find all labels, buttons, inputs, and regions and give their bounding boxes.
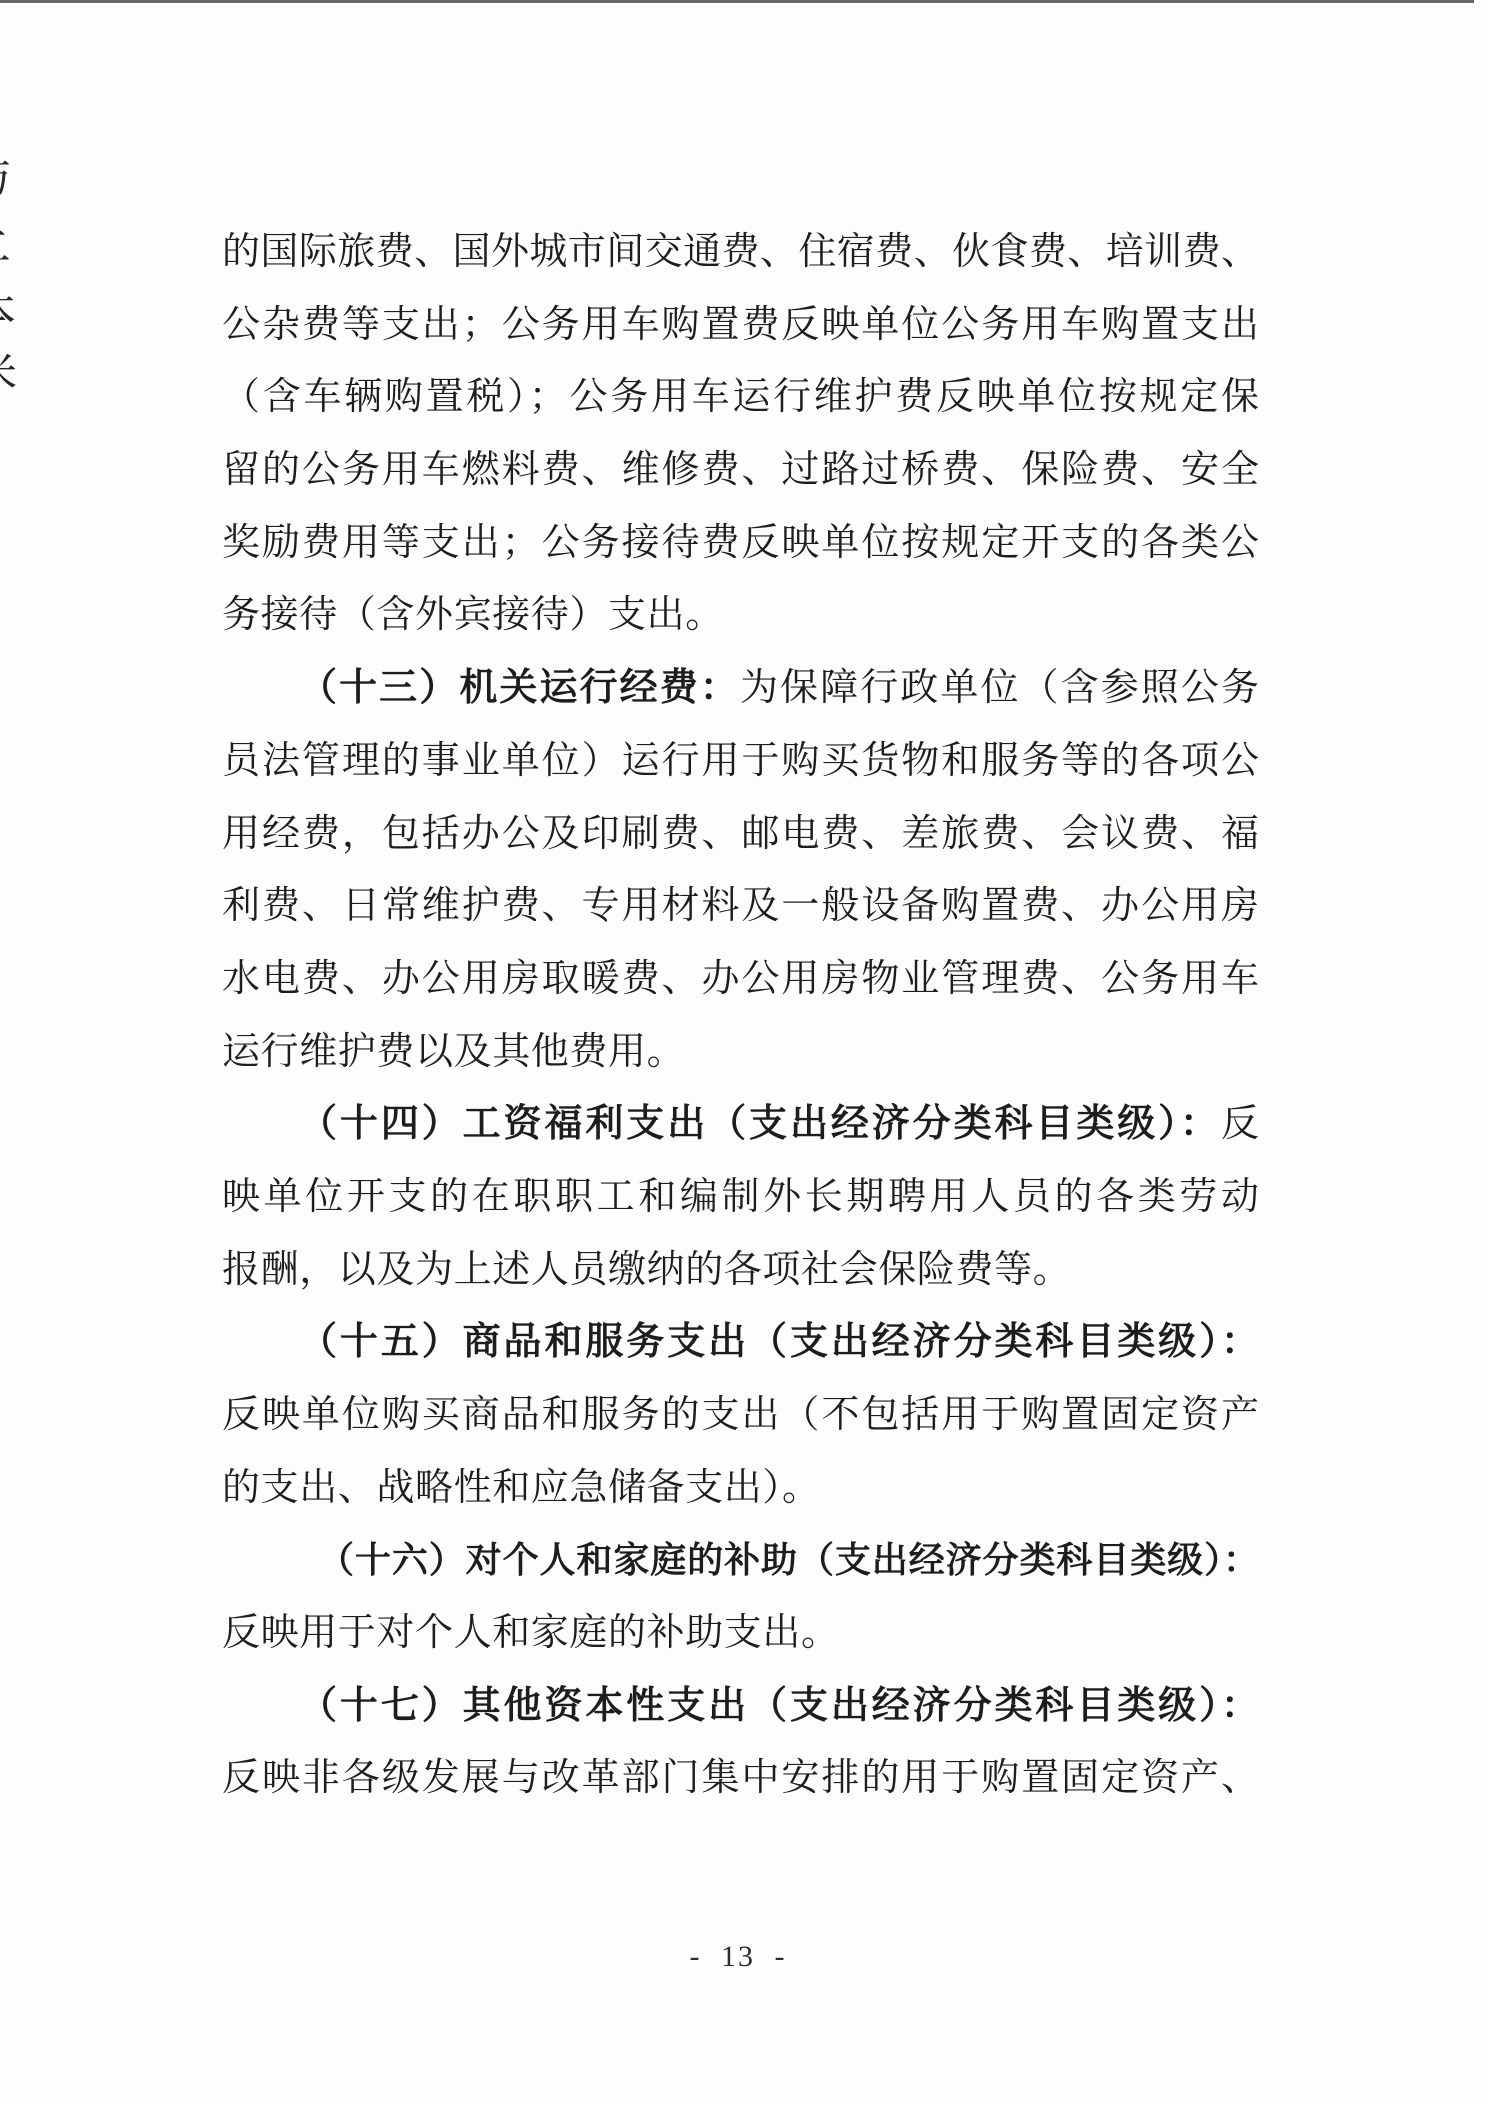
line-text: 为保障行政单位（含参照公务 — [740, 667, 1259, 709]
left-edge-partial-character-1: 与 — [0, 156, 12, 200]
line-text: 用经费，包括办公及印刷费、邮电费、差旅费、会议费、福 — [222, 813, 1259, 855]
text-line: 的国际旅费、国外城市间交通费、住宿费、伙食费、培训费、 — [222, 216, 1259, 289]
text-line: 反映单位购买商品和服务的支出（不包括用于购置固定资产 — [222, 1379, 1259, 1452]
section-heading-line-16: （十六）对个人和家庭的补助（支出经济分类科目类级）： — [222, 1524, 1259, 1597]
line-text: 运行维护费以及其他费用。 — [222, 1031, 685, 1073]
line-text: 报酬，以及为上述人员缴纳的各项社会保险费等。 — [222, 1249, 1071, 1291]
text-line: 留的公务用车燃料费、维修费、过路过桥费、保险费、安全 — [222, 434, 1259, 507]
section-heading-line-17: （十七）其他资本性支出（支出经济分类科目类级）： — [222, 1670, 1259, 1743]
line-text: 反映非各级发展与改革部门集中安排的用于购置固定资产、 — [222, 1757, 1259, 1799]
left-edge-partial-character-3: 本 — [0, 290, 16, 334]
section-heading-line-15: （十五）商品和服务支出（支出经济分类科目类级）： — [222, 1306, 1259, 1379]
text-line: 运行维护费以及其他费用。 — [222, 1016, 1259, 1089]
text-line: 员法管理的事业单位）运行用于购买货物和服务等的各项公 — [222, 725, 1259, 798]
line-text: 利费、日常维护费、专用材料及一般设备购置费、办公用房 — [222, 885, 1259, 927]
left-edge-partial-character-4: 米 — [0, 352, 17, 396]
line-text: 员法管理的事业单位）运行用于购买货物和服务等的各项公 — [222, 740, 1259, 782]
line-text: 水电费、办公用房取暖费、办公用房物业管理费、公务用车 — [222, 958, 1259, 1000]
document-page: 与 二 本 米 的国际旅费、国外城市间交通费、住宿费、伙食费、培训费、 公杂费等… — [0, 0, 1488, 2104]
document-body: 的国际旅费、国外城市间交通费、住宿费、伙食费、培训费、 公杂费等支出；公务用车购… — [222, 216, 1259, 1815]
line-text: （含车辆购置税）；公务用车运行维护费反映单位按规定保 — [222, 376, 1259, 418]
text-line: 的支出、战略性和应急储备支出）。 — [222, 1452, 1259, 1525]
section-heading-line-13: （十三）机关运行经费：为保障行政单位（含参照公务 — [222, 652, 1259, 725]
heading-text: （十五）商品和服务支出（支出经济分类科目类级）： — [299, 1321, 1259, 1363]
heading-text: （十四）工资福利支出（支出经济分类科目类级）： — [299, 1103, 1221, 1145]
line-text: 公杂费等支出；公务用车购置费反映单位公务用车购置支出 — [222, 304, 1259, 346]
line-text: 反映单位购买商品和服务的支出（不包括用于购置固定资产 — [222, 1394, 1259, 1436]
line-text: 奖励费用等支出；公务接待费反映单位按规定开支的各类公 — [222, 522, 1259, 564]
text-line: 用经费，包括办公及印刷费、邮电费、差旅费、会议费、福 — [222, 798, 1259, 871]
line-text: 的支出、战略性和应急储备支出）。 — [222, 1467, 821, 1509]
heading-text: （十六）对个人和家庭的补助（支出经济分类科目类级）： — [318, 1540, 1259, 1580]
line-text: 反映用于对个人和家庭的补助支出。 — [222, 1612, 840, 1654]
text-line: 报酬，以及为上述人员缴纳的各项社会保险费等。 — [222, 1234, 1259, 1307]
text-line: 务接待（含外宾接待）支出。 — [222, 579, 1259, 652]
text-line: （含车辆购置税）；公务用车运行维护费反映单位按规定保 — [222, 361, 1259, 434]
line-text: 的国际旅费、国外城市间交通费、住宿费、伙食费、培训费、 — [222, 231, 1259, 273]
heading-text: （十三）机关运行经费： — [299, 667, 740, 709]
text-line: 反映非各级发展与改革部门集中安排的用于购置固定资产、 — [222, 1742, 1259, 1815]
section-heading-line-14: （十四）工资福利支出（支出经济分类科目类级）：反 — [222, 1088, 1259, 1161]
page-number: - 13 - — [0, 1940, 1476, 1974]
text-line: 公杂费等支出；公务用车购置费反映单位公务用车购置支出 — [222, 289, 1259, 362]
scan-top-edge-artifact — [0, 0, 1474, 3]
line-text: 务接待（含外宾接待）支出。 — [222, 594, 724, 636]
text-line: 映单位开支的在职职工和编制外长期聘用人员的各类劳动 — [222, 1161, 1259, 1234]
heading-text: （十七）其他资本性支出（支出经济分类科目类级）： — [299, 1685, 1259, 1727]
text-line: 奖励费用等支出；公务接待费反映单位按规定开支的各类公 — [222, 507, 1259, 580]
left-edge-partial-character-2: 二 — [0, 226, 11, 270]
text-line: 水电费、办公用房取暖费、办公用房物业管理费、公务用车 — [222, 943, 1259, 1016]
text-line: 利费、日常维护费、专用材料及一般设备购置费、办公用房 — [222, 870, 1259, 943]
line-text: 反 — [1221, 1103, 1259, 1145]
line-text: 留的公务用车燃料费、维修费、过路过桥费、保险费、安全 — [222, 449, 1259, 491]
text-line: 反映用于对个人和家庭的补助支出。 — [222, 1597, 1259, 1670]
line-text: 映单位开支的在职职工和编制外长期聘用人员的各类劳动 — [222, 1176, 1259, 1218]
